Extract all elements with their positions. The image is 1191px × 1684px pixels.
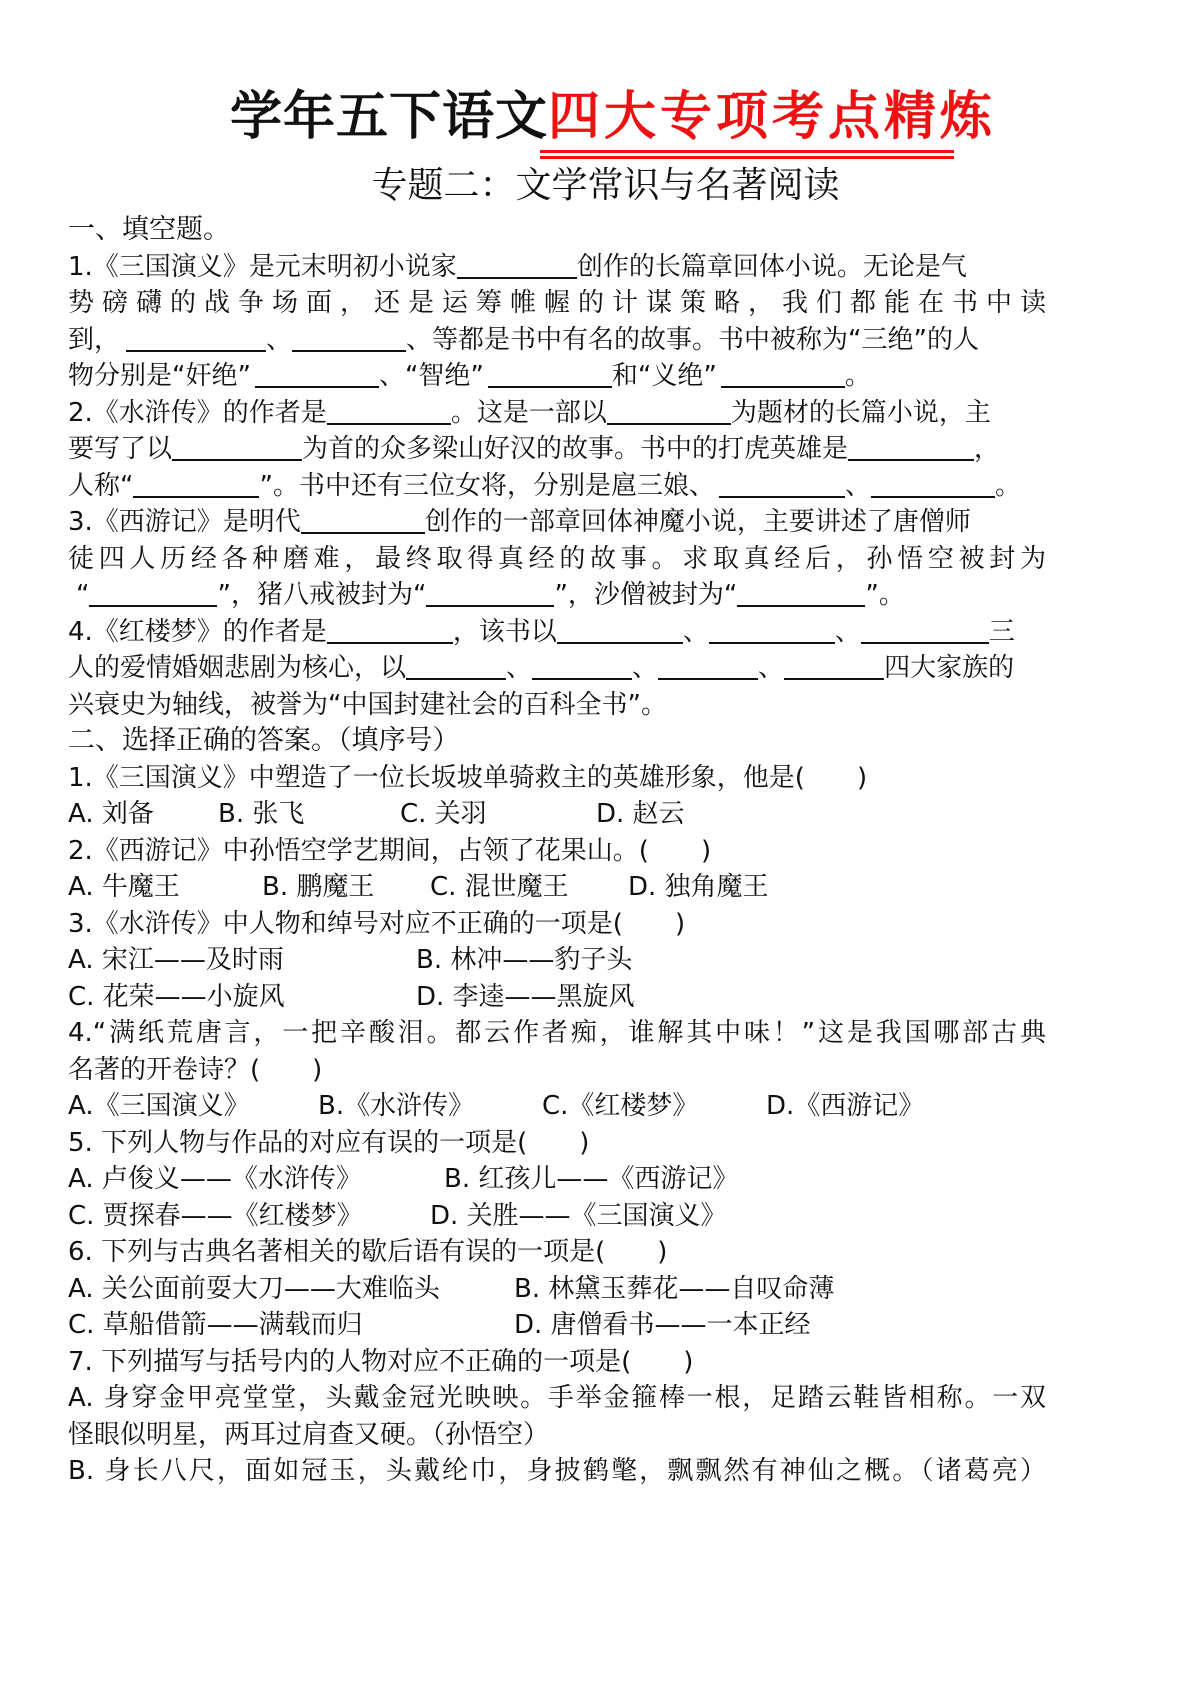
section-heading-fill-blank: 一、填空题。 xyxy=(68,212,1046,249)
q3-line-3: “”，猪八戒被封为“”，沙僧被封为“”。 xyxy=(68,577,1046,614)
option-d[interactable]: D.《西游记》 xyxy=(766,1088,924,1125)
answer-blank[interactable] xyxy=(848,431,974,461)
answer-blank[interactable] xyxy=(737,577,865,607)
option-a-line-2[interactable]: 怪眼似明星，两耳过肩查又硬。（孙悟空） xyxy=(68,1417,1046,1454)
text: ，该书以 xyxy=(453,617,557,647)
answer-blank[interactable] xyxy=(327,614,453,644)
answer-blank[interactable] xyxy=(557,614,683,644)
option-d[interactable]: D. 唐僧看书——一本正经 xyxy=(514,1307,811,1344)
answer-blank[interactable] xyxy=(607,395,731,425)
answer-blank[interactable] xyxy=(532,650,632,680)
text: 、 xyxy=(758,653,784,683)
text: 、 xyxy=(835,617,861,647)
option-c[interactable]: C. 草船借箭——满载而归 xyxy=(68,1307,514,1344)
page-subtitle: 专题二：文学常识与名著阅读 xyxy=(0,162,1191,210)
text: ”。书中还有三位女将，分别是扈三娘、 xyxy=(259,471,714,501)
mc-q4-stem-2: 名著的开卷诗？( ) xyxy=(68,1052,1046,1089)
option-b[interactable]: B. 身长八尺，面如冠玉，头戴纶巾，身披鹤氅，飘飘然有神仙之概。（诸葛亮） xyxy=(68,1453,1046,1490)
title-black-part: 学年五下语文 xyxy=(230,87,548,147)
title-red-part: 四大专项考点精炼 xyxy=(548,87,996,147)
answer-blank[interactable] xyxy=(301,504,425,534)
text: 为首的众多梁山好汉的故事。书中的打虎英雄是 xyxy=(302,434,848,464)
mc-q6-options-row2: C. 草船借箭——满载而归D. 唐僧看书——一本正经 xyxy=(68,1307,1046,1344)
q1-line-1: 1.《三国演义》是元末明初小说家创作的长篇章回体小说。无论是气 xyxy=(68,249,1046,286)
mc-q6-stem: 6. 下列与古典名著相关的歇后语有误的一项是( ) xyxy=(68,1234,1046,1271)
page-title: 学年五下语文四大专项考点精炼 xyxy=(230,82,996,152)
text: 、“智绝” xyxy=(379,361,484,391)
answer-blank[interactable] xyxy=(126,322,266,352)
text: 三 xyxy=(989,617,1015,647)
option-c[interactable]: C. 混世魔王 xyxy=(430,869,628,906)
answer-blank[interactable] xyxy=(719,468,845,498)
q3-line-1: 3.《西游记》是明代创作的一部章回体神魔小说，主要讲述了唐僧师 xyxy=(68,504,1046,541)
text: 四大家族的 xyxy=(884,653,1014,683)
option-a-line-1[interactable]: A. 身穿金甲亮堂堂，头戴金冠光映映。手举金箍棒一根，足踏云鞋皆相称。一双 xyxy=(68,1380,1046,1417)
worksheet-page: 学年五下语文四大专项考点精炼 专题二：文学常识与名著阅读 一、填空题。 1.《三… xyxy=(0,0,1191,1684)
answer-blank[interactable] xyxy=(871,468,995,498)
q4-line-2: 人的爱情婚姻悲剧为核心，以、、、四大家族的 xyxy=(68,650,1046,687)
q1-line-3: 到，、、等都是书中有名的故事。书中被称为“三绝”的人 xyxy=(68,322,1046,359)
text: 3.《西游记》是明代 xyxy=(68,507,301,537)
mc-q4-options: A.《三国演义》B.《水浒传》C.《红楼梦》D.《西游记》 xyxy=(68,1088,1046,1125)
title-underline-top xyxy=(540,150,954,153)
mc-q1-stem: 1.《三国演义》中塑造了一位长坂坡单骑救主的英雄形象，他是( ) xyxy=(68,760,1046,797)
q4-line-1: 4.《红楼梦》的作者是，该书以、、三 xyxy=(68,614,1046,651)
title-underline-bottom xyxy=(540,156,954,159)
q2-line-1: 2.《水浒传》的作者是。这是一部以为题材的长篇小说，主 xyxy=(68,395,1046,432)
text: 和“义绝” xyxy=(612,361,717,391)
option-a[interactable]: A. 卢俊义——《水浒传》 xyxy=(68,1161,444,1198)
text: 、 xyxy=(683,617,709,647)
text: 为题材的长篇小说，主 xyxy=(731,398,991,428)
mc-q6-options-row1: A. 关公面前耍大刀——大难临头B. 林黛玉葬花——自叹命薄 xyxy=(68,1271,1046,1308)
text: ”。 xyxy=(865,580,904,610)
q3-line-2: 徒四人历经各种磨难，最终取得真经的故事。求取真经后，孙悟空被封为 xyxy=(68,541,1046,578)
text: 、 xyxy=(506,653,532,683)
answer-blank[interactable] xyxy=(133,468,259,498)
text: 、 xyxy=(845,471,871,501)
option-b[interactable]: B. 林黛玉葬花——自叹命薄 xyxy=(514,1271,834,1308)
q4-line-3: 兴衰史为轴线，被誉为“中国封建社会的百科全书”。 xyxy=(68,687,1046,724)
option-c[interactable]: C. 贾探春——《红楼梦》 xyxy=(68,1198,430,1235)
answer-blank[interactable] xyxy=(721,358,845,388)
option-a[interactable]: A.《三国演义》 xyxy=(68,1088,318,1125)
answer-blank[interactable] xyxy=(426,577,554,607)
q1-line-4: 物分别是“奸绝”、“智绝”和“义绝”。 xyxy=(68,358,1046,395)
text: 人称“ xyxy=(68,471,133,501)
section-heading-multiple-choice: 二、选择正确的答案。（填序号） xyxy=(68,723,1046,760)
text: 。 xyxy=(995,471,1021,501)
text: 、等都是书中有名的故事。书中被称为“三绝”的人 xyxy=(406,325,979,355)
answer-blank[interactable] xyxy=(457,249,577,279)
option-a[interactable]: A. 关公面前耍大刀——大难临头 xyxy=(68,1271,514,1308)
text: ， xyxy=(974,434,1000,464)
option-d[interactable]: D. 李逵——黑旋风 xyxy=(416,979,635,1016)
answer-blank[interactable] xyxy=(658,650,758,680)
text: 到， xyxy=(68,325,120,355)
answer-blank[interactable] xyxy=(292,322,406,352)
answer-blank[interactable] xyxy=(488,358,612,388)
mc-q2-options: A. 牛魔王B. 鹏魔王C. 混世魔王D. 独角魔王 xyxy=(68,869,1046,906)
q2-line-2: 要写了以为首的众多梁山好汉的故事。书中的打虎英雄是， xyxy=(68,431,1046,468)
mc-q5-options-row1: A. 卢俊义——《水浒传》B. 红孩儿——《西游记》 xyxy=(68,1161,1046,1198)
q1-line-2: 势磅礴的战争场面，还是运筹帷幄的计谋策略，我们都能在书中读 xyxy=(68,285,1046,322)
text: 4.《红楼梦》的作者是 xyxy=(68,617,327,647)
mc-q5-stem: 5. 下列人物与作品的对应有误的一项是( ) xyxy=(68,1125,1046,1162)
option-d[interactable]: D. 独角魔王 xyxy=(628,869,769,906)
mc-q4-stem-1: 4.“满纸荒唐言，一把辛酸泪。都云作者痴，谁解其中味！”这是我国哪部古典 xyxy=(68,1015,1046,1052)
q2-line-3: 人称“”。书中还有三位女将，分别是扈三娘、、。 xyxy=(68,468,1046,505)
answer-blank[interactable] xyxy=(89,577,217,607)
answer-blank[interactable] xyxy=(327,395,451,425)
answer-blank[interactable] xyxy=(709,614,835,644)
mc-q7-stem: 7. 下列描写与括号内的人物对应不正确的一项是( ) xyxy=(68,1344,1046,1381)
answer-blank[interactable] xyxy=(172,431,302,461)
option-c[interactable]: C.《红楼梦》 xyxy=(542,1088,766,1125)
mc-q3-stem: 3.《水浒传》中人物和绰号对应不正确的一项是( ) xyxy=(68,906,1046,943)
text: 创作的长篇章回体小说。无论是气 xyxy=(577,252,967,282)
mc-q1-options: A. 刘备B. 张飞C. 关羽D. 赵云 xyxy=(68,796,1046,833)
option-b[interactable]: B.《水浒传》 xyxy=(318,1088,542,1125)
text: 2.《水浒传》的作者是 xyxy=(68,398,327,428)
text: 。这是一部以 xyxy=(451,398,607,428)
option-c[interactable]: C. 关羽 xyxy=(400,796,596,833)
text: 、 xyxy=(266,325,292,355)
option-a[interactable]: A. 刘备 xyxy=(68,796,218,833)
text: 1.《三国演义》是元末明初小说家 xyxy=(68,252,457,282)
mc-q2-stem: 2.《西游记》中孙悟空学艺期间，占领了花果山。( ) xyxy=(68,833,1046,870)
option-b[interactable]: B. 林冲——豹子头 xyxy=(416,942,632,979)
text: 。 xyxy=(845,361,871,391)
option-d[interactable]: D. 关胜——《三国演义》 xyxy=(430,1198,727,1235)
text: ”，猪八戒被封为“ xyxy=(217,580,426,610)
option-b[interactable]: B. 红孩儿——《西游记》 xyxy=(444,1161,738,1198)
option-a[interactable]: A. 宋江——及时雨 xyxy=(68,942,416,979)
option-a[interactable]: A. 牛魔王 xyxy=(68,869,262,906)
text: 人的爱情婚姻悲剧为核心，以 xyxy=(68,653,406,683)
answer-blank[interactable] xyxy=(784,650,884,680)
option-b[interactable]: B. 张飞 xyxy=(218,796,400,833)
option-b[interactable]: B. 鹏魔王 xyxy=(262,869,430,906)
text: “ xyxy=(76,580,89,610)
text: 、 xyxy=(632,653,658,683)
option-d[interactable]: D. 赵云 xyxy=(596,796,685,833)
text: ”，沙僧被封为“ xyxy=(554,580,737,610)
mc-q5-options-row2: C. 贾探春——《红楼梦》D. 关胜——《三国演义》 xyxy=(68,1198,1046,1235)
worksheet-content: 一、填空题。 1.《三国演义》是元末明初小说家创作的长篇章回体小说。无论是气 势… xyxy=(68,212,1046,1490)
answer-blank[interactable] xyxy=(861,614,989,644)
text: 创作的一部章回体神魔小说，主要讲述了唐僧师 xyxy=(425,507,971,537)
mc-q3-options-row1: A. 宋江——及时雨B. 林冲——豹子头 xyxy=(68,942,1046,979)
text: 物分别是“奸绝” xyxy=(68,361,251,391)
answer-blank[interactable] xyxy=(406,650,506,680)
text: 要写了以 xyxy=(68,434,172,464)
option-c[interactable]: C. 花荣——小旋风 xyxy=(68,979,416,1016)
mc-q3-options-row2: C. 花荣——小旋风D. 李逵——黑旋风 xyxy=(68,979,1046,1016)
answer-blank[interactable] xyxy=(255,358,379,388)
